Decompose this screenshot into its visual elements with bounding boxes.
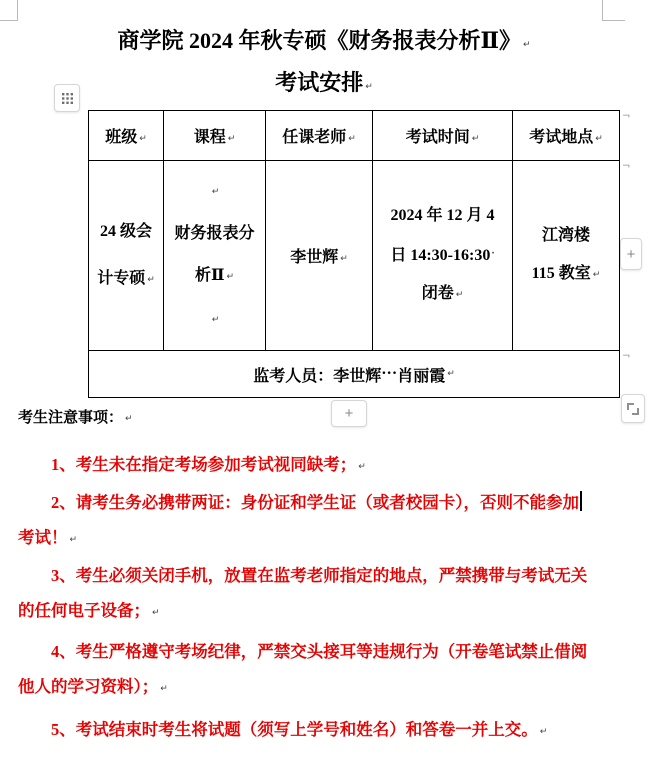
plus-icon: + xyxy=(345,405,354,422)
row-end-mark: ¬ xyxy=(622,112,630,122)
paragraph-mark: ↵ xyxy=(593,270,601,280)
row-end-mark: ¬ xyxy=(622,162,630,172)
paragraph-mark: ↵ xyxy=(523,40,531,50)
paragraph-mark: ↵ xyxy=(595,134,603,144)
note-line-4b[interactable]: 他人的学习资料）；↵ xyxy=(18,669,640,707)
invigilator-name-2: 肖丽霞 xyxy=(397,363,445,386)
body-cell-teacher[interactable]: 李世辉↵ xyxy=(266,161,373,351)
paragraph-mark: ↵ xyxy=(226,272,234,282)
page-margin-corner-top-left xyxy=(0,0,18,21)
space-marks: ··· xyxy=(381,365,397,383)
paragraph-mark: ↵ xyxy=(365,82,373,92)
note-line-4a[interactable]: 4、考生严格遵守考场纪律，严禁交头接耳等违规行为（开卷笔试禁止借阅 xyxy=(18,634,640,669)
paragraph-mark: ↵ xyxy=(70,535,78,545)
paragraph-mark: ↵ xyxy=(139,134,147,144)
title-line-1[interactable]: 商学院 2024 年秋专硕《财务报表分析Ⅱ》↵ xyxy=(0,22,648,64)
note-line-2a[interactable]: 2、请考生务必携带两证：身份证和学生证（或者校园卡），否则不能参加 xyxy=(18,485,640,520)
exam-notes: 1、考生未在指定考场参加考试视同缺考；↵ 2、请考生务必携带两证：身份证和学生证… xyxy=(18,447,640,750)
note-line-5[interactable]: 5、考试结束时考生将试题（须写上学号和姓名）和答卷一并上交。↵ xyxy=(18,712,640,750)
body-cell-class[interactable]: 24 级会 计专硕↵ xyxy=(89,161,164,351)
note-line-3a[interactable]: 3、考生必须关闭手机，放置在监考老师指定的地点，严禁携带与考试无关 xyxy=(18,558,640,593)
paragraph-mark: ↵ xyxy=(147,275,155,285)
paragraph-mark: ↵ xyxy=(540,727,548,737)
paragraph-mark: ↵ xyxy=(472,134,480,144)
footer-cell-invigilators[interactable]: 监考人员：李世辉···肖丽霞↵ xyxy=(89,351,619,397)
exam-schedule-table: 班级↵ 课程↵ 任课老师↵ 考试时间↵ 考试地点↵ 24 级会 计专硕↵ ↵ 财… xyxy=(88,110,620,398)
header-cell-teacher[interactable]: 任课老师↵ xyxy=(266,111,373,161)
space-mark: · xyxy=(491,248,494,259)
plus-icon: + xyxy=(627,246,636,263)
paragraph-mark: ↵ xyxy=(447,369,455,379)
row-end-mark: ¬ xyxy=(622,352,630,362)
notes-heading[interactable]: 考生注意事项：↵ xyxy=(18,406,133,427)
paragraph-mark: ↵ xyxy=(456,290,464,300)
table-drag-handle-button[interactable] xyxy=(54,84,80,112)
text-cursor xyxy=(580,491,582,511)
paragraph-mark: ↵ xyxy=(228,134,236,144)
resize-diagonal-icon xyxy=(627,403,639,415)
title-line-2[interactable]: 考试安排↵ xyxy=(0,64,648,106)
empty-paragraph-mark: ↵ xyxy=(212,315,220,325)
paragraph-mark: ↵ xyxy=(340,254,348,264)
note-line-3b[interactable]: 的任何电子设备；↵ xyxy=(18,593,640,631)
invigilator-name-1: 李世辉 xyxy=(333,363,381,386)
header-cell-location[interactable]: 考试地点↵ xyxy=(513,111,619,161)
header-cell-time[interactable]: 考试时间↵ xyxy=(373,111,513,161)
note-line-1[interactable]: 1、考生未在指定考场参加考试视同缺考；↵ xyxy=(18,447,640,485)
insert-column-button[interactable]: + xyxy=(620,238,642,270)
paragraph-mark: ↵ xyxy=(160,684,168,694)
paragraph-mark: ↵ xyxy=(152,608,160,618)
header-cell-course[interactable]: 课程↵ xyxy=(164,111,266,161)
header-cell-class[interactable]: 班级↵ xyxy=(89,111,164,161)
insert-row-button[interactable]: + xyxy=(331,400,367,427)
body-cell-time[interactable]: 2024 年 12 月 4 日 14:30-16:30· 闭卷↵ xyxy=(373,161,513,351)
grid-dots-icon xyxy=(62,93,73,104)
note-line-2b[interactable]: 考试！↵ xyxy=(18,520,640,558)
empty-paragraph-mark: ↵ xyxy=(212,187,220,197)
body-cell-course[interactable]: ↵ 财务报表分 析Ⅱ↵ ↵ xyxy=(164,161,266,351)
document-title: 商学院 2024 年秋专硕《财务报表分析Ⅱ》↵ 考试安排↵ xyxy=(0,22,648,106)
table-resize-button[interactable] xyxy=(621,394,645,423)
paragraph-mark: ↵ xyxy=(125,414,133,424)
invigilator-label: 监考人员： xyxy=(253,363,333,386)
paragraph-mark: ↵ xyxy=(358,462,366,472)
body-cell-location[interactable]: 江湾楼 115 教室↵ xyxy=(513,161,619,351)
page-margin-corner-top-right xyxy=(602,0,625,21)
paragraph-mark: ↵ xyxy=(348,134,356,144)
